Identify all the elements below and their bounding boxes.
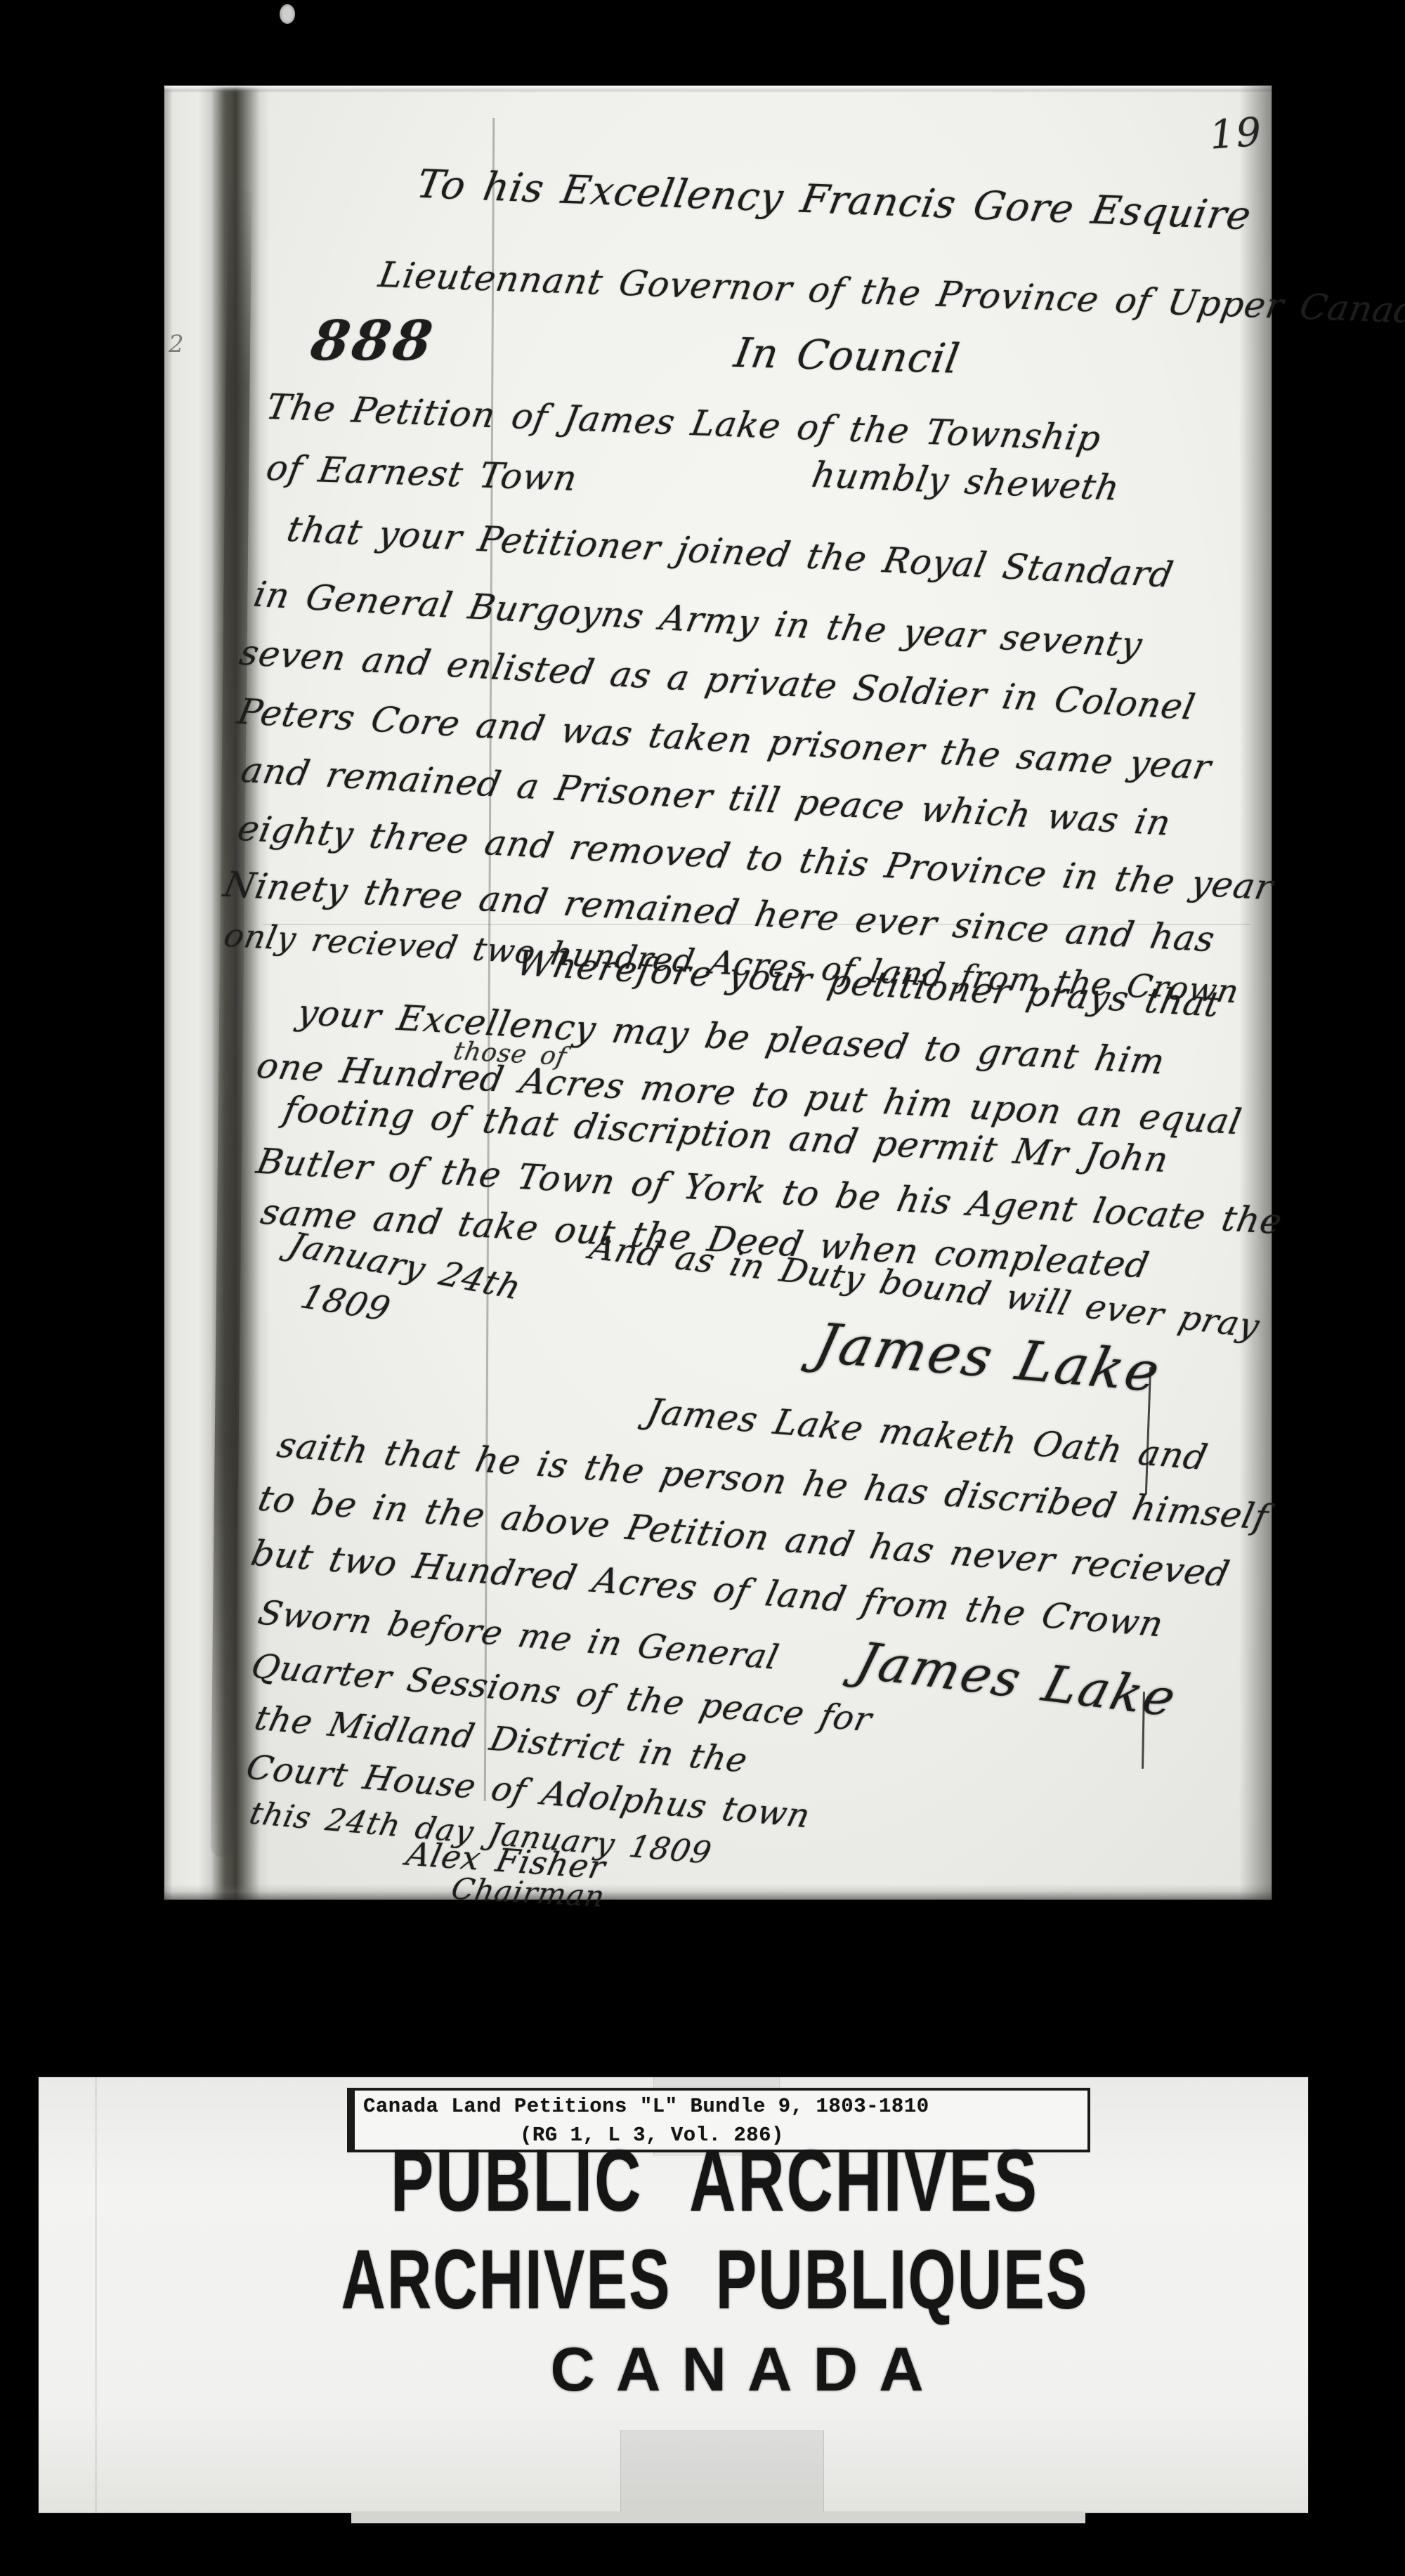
- reference-label-line-1: Canada Land Petitions "L" Bundle 9, 1803…: [363, 2095, 929, 2118]
- paper-right-shadow: [1239, 86, 1272, 1900]
- tape-mark: [620, 2430, 824, 2513]
- public-archives-stamp-fr: ARCHIVES PUBLIQUES: [282, 2237, 1148, 2322]
- dust-speck: [280, 4, 295, 24]
- public-archives-stamp-en: PUBLIC ARCHIVES: [276, 2138, 1154, 2225]
- horizontal-crease: [263, 924, 1250, 925]
- petition-document-scan: [164, 86, 1272, 1900]
- archives-card: Canada Land Petitions "L" Bundle 9, 1803…: [39, 2077, 1308, 2513]
- card-crease: [95, 2077, 97, 2513]
- vertical-crease: [484, 118, 495, 1801]
- microfilm-frame: 19 2 To his Excellency Francis Gore Esqu…: [0, 0, 1405, 2576]
- canada-stamp: CANADA: [187, 2339, 1308, 2400]
- paper-top-edge: [164, 86, 1272, 93]
- card-lower-edge: [351, 2511, 1085, 2523]
- paper-bottom-edge: [164, 1884, 1272, 1900]
